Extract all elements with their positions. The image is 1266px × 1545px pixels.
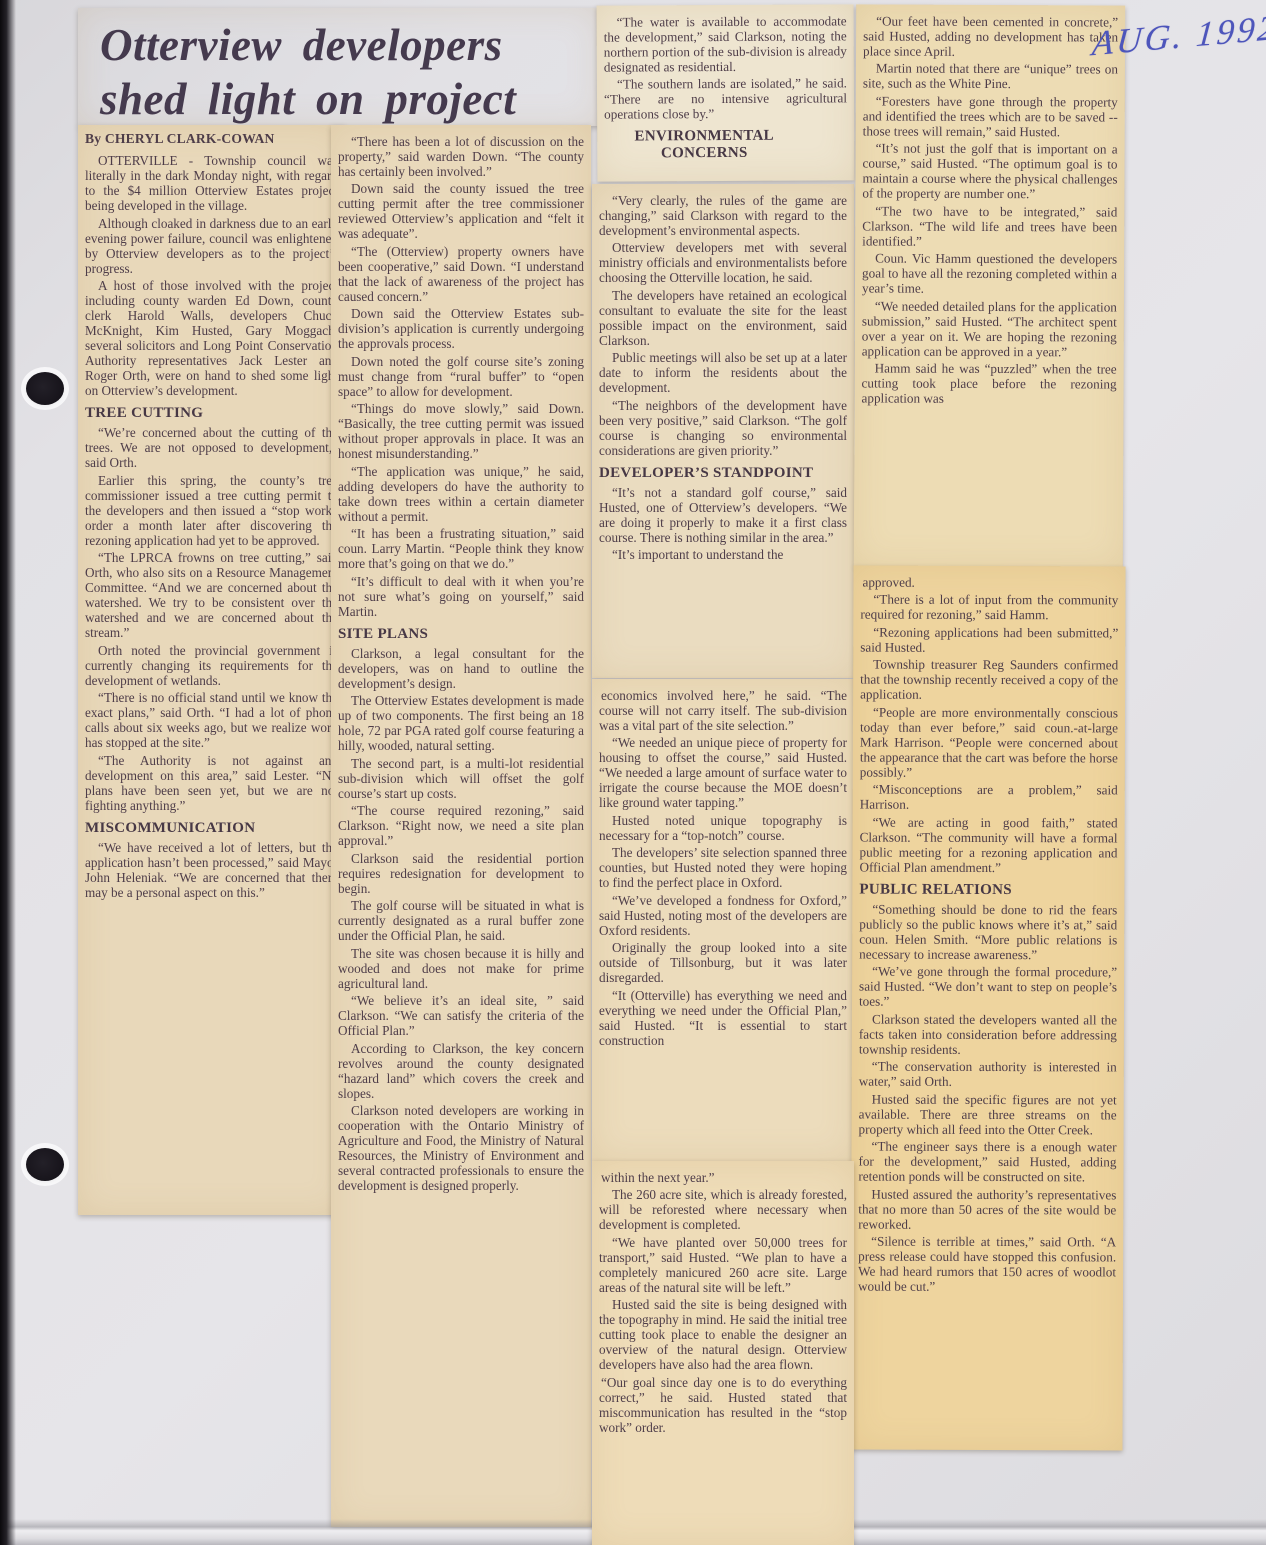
binder-page-edge — [0, 0, 16, 1545]
article-paragraph: “The (Otterview) property owners have be… — [338, 244, 584, 304]
article-paragraph: The golf course will be situated in what… — [338, 898, 584, 943]
section-heading: ENVIRONMENTAL CONCERNS — [606, 128, 802, 163]
article-paragraph: OTTERVILLE - Township council was litera… — [85, 153, 338, 213]
newspaper-clipping-column-4-top: “Our feet have been cemented in concrete… — [854, 4, 1125, 567]
scanned-page: { "annotation": { "date": "AUG. 1992" },… — [0, 0, 1266, 1545]
article-paragraph: A host of those involved with the projec… — [85, 278, 338, 398]
article-paragraph: “We needed detailed plans for the applic… — [862, 298, 1117, 359]
article-paragraph: “The LPRCA frowns on tree cutting,” said… — [85, 550, 338, 640]
punch-hole-top — [26, 372, 64, 405]
article-paragraph: “Rezoning applications had been submitte… — [860, 624, 1118, 655]
article-paragraph: The 260 acre site, which is already fore… — [599, 1187, 847, 1232]
article-paragraph: “Our feet have been cemented in concrete… — [863, 13, 1118, 59]
punch-hole-bottom — [26, 1148, 64, 1181]
article-paragraph: Clarkson stated the developers wanted al… — [859, 1011, 1117, 1057]
newspaper-clipping-column-3-upper: “Very clearly, the rules of the game are… — [592, 184, 854, 678]
article-paragraph: Husted noted unique topography is necess… — [599, 813, 847, 843]
newspaper-clipping-column-4-bottom: approved.“There is a lot of input from t… — [850, 566, 1125, 1451]
article-paragraph: Clarkson noted developers are working in… — [338, 1103, 584, 1193]
article-paragraph: The second part, is a multi-lot resident… — [338, 756, 584, 801]
article-paragraph: “It’s important to understand the — [599, 547, 847, 562]
article-paragraph: “We’ve gone through the formal procedure… — [859, 964, 1117, 1010]
newspaper-clipping-column-3-bottom: within the next year.”The 260 acre site,… — [592, 1161, 854, 1545]
article-paragraph: “The Authority is not against any develo… — [85, 753, 338, 813]
article-paragraph: “It has been a frustrating situation,” s… — [338, 526, 584, 571]
article-paragraph: “The neighbors of the development have b… — [599, 398, 847, 458]
article-paragraph: “Things do move slowly,” said Down. “Bas… — [338, 401, 584, 461]
article-paragraph: Down said the county issued the tree cut… — [338, 181, 584, 241]
article-paragraph: “People are more environmentally conscio… — [860, 704, 1118, 780]
article-paragraph: “There is no official stand until we kno… — [85, 690, 338, 750]
article-paragraph: “There has been a lot of discussion on t… — [338, 134, 584, 179]
headline-line-1: Otterview developers — [100, 20, 503, 70]
newspaper-clipping-column-3-top: “The water is available to accommodate t… — [597, 4, 855, 181]
newspaper-clipping-column-3-lower: economics involved here,” he said. “The … — [592, 679, 854, 1161]
article-paragraph: Husted said the site is being designed w… — [599, 1297, 847, 1372]
article-paragraph: “We’ve developed a fondness for Oxford,”… — [599, 893, 847, 938]
section-heading: MISCOMMUNICATION — [85, 820, 338, 837]
article-paragraph: The site was chosen because it is hilly … — [338, 946, 584, 991]
article-paragraph: within the next year.” — [599, 1170, 847, 1185]
section-heading: TREE CUTTING — [85, 405, 338, 422]
article-paragraph: “It’s not a standard golf course,” said … — [599, 485, 847, 545]
article-paragraph: Coun. Vic Hamm questioned the developers… — [862, 250, 1117, 296]
article-paragraph: The developers’ site selection spanned t… — [599, 845, 847, 890]
article-paragraph: Township treasurer Reg Saunders confirme… — [860, 657, 1118, 703]
article-paragraph: “The southern lands are isolated,” he sa… — [604, 75, 847, 121]
article-paragraph: “Silence is terrible at times,” said Ort… — [858, 1234, 1116, 1295]
article-paragraph: “Foresters have gone through the propert… — [863, 93, 1118, 139]
article-paragraph: “The application was unique,” he said, a… — [338, 464, 584, 524]
article-paragraph: Originally the group looked into a site … — [599, 940, 847, 985]
article-paragraph: “We needed an unique piece of property f… — [599, 735, 847, 810]
article-paragraph: Otterview developers met with several mi… — [599, 240, 847, 285]
article-paragraph: The developers have retained an ecologic… — [599, 288, 847, 348]
article-paragraph: Down said the Otterview Estates sub-divi… — [338, 306, 584, 351]
article-paragraph: “We have planted over 50,000 trees for t… — [599, 1235, 847, 1295]
article-paragraph: Earlier this spring, the county’s tree c… — [85, 473, 338, 548]
headline-line-2: shed light on project — [100, 74, 516, 124]
article-paragraph: “Our goal since day one is to do everyth… — [599, 1375, 847, 1435]
article-paragraph: Husted said the specific figures are not… — [859, 1091, 1117, 1137]
article-paragraph: “The conservation authority is intereste… — [859, 1059, 1117, 1090]
article-paragraph: “We believe it’s an ideal site, ” said C… — [338, 993, 584, 1038]
article-paragraph: Public meetings will also be set up at a… — [599, 350, 847, 395]
article-paragraph: Although cloaked in darkness due to an e… — [85, 216, 338, 276]
article-paragraph: “Something should be done to rid the fea… — [859, 901, 1117, 962]
article-paragraph: “There is a lot of input from the commun… — [860, 592, 1118, 623]
section-heading: DEVELOPER’S STANDPOINT — [599, 465, 847, 482]
article-paragraph: “Misconceptions are a problem,” said Har… — [860, 782, 1118, 813]
article-paragraph: approved. — [860, 574, 1118, 590]
newspaper-clipping-headline: Otterview developers shed light on proje… — [78, 8, 599, 126]
article-paragraph: Orth noted the provincial government is … — [85, 643, 338, 688]
article-paragraph: Martin noted that there are “unique” tre… — [863, 60, 1118, 91]
article-paragraph: Clarkson, a legal consultant for the dev… — [338, 646, 584, 691]
article-paragraph: “We’re concerned about the cutting of th… — [85, 425, 338, 470]
article-paragraph: economics involved here,” he said. “The … — [599, 688, 847, 733]
article-paragraph: The Otterview Estates development is mad… — [338, 693, 584, 753]
article-paragraph: “The two have to be integrated,” said Cl… — [862, 203, 1117, 249]
article-paragraph: “The water is available to accommodate t… — [604, 13, 847, 74]
byline: By CHERYL CLARK-COWAN — [85, 131, 338, 146]
article-paragraph: “The engineer says there is a enough wat… — [858, 1139, 1116, 1185]
article-paragraph: “It (Otterville) has everything we need … — [599, 988, 847, 1048]
article-paragraph: Down noted the golf course site’s zoning… — [338, 354, 584, 399]
newspaper-clipping-column-2: “There has been a lot of discussion on t… — [331, 125, 591, 1527]
article-paragraph: “Very clearly, the rules of the game are… — [599, 193, 847, 238]
article-paragraph: Hamm said he was “puzzled” when the tree… — [861, 360, 1116, 406]
newspaper-clipping-column-1: By CHERYL CLARK-COWANOTTERVILLE - Townsh… — [78, 125, 345, 1215]
article-paragraph: “We have received a lot of letters, but … — [85, 840, 338, 900]
article-headline: Otterview developers shed light on proje… — [100, 18, 599, 126]
article-paragraph: “It’s difficult to deal with it when you… — [338, 574, 584, 619]
article-paragraph: Clarkson said the residential portion re… — [338, 851, 584, 896]
article-paragraph: “We are acting in good faith,” stated Cl… — [859, 814, 1117, 875]
article-paragraph: “It’s not just the golf that is importan… — [862, 140, 1117, 201]
section-heading: PUBLIC RELATIONS — [859, 881, 1117, 899]
article-paragraph: Husted assured the authority’s represent… — [858, 1186, 1116, 1232]
article-paragraph: “The course required rezoning,” said Cla… — [338, 803, 584, 848]
article-paragraph: According to Clarkson, the key concern r… — [338, 1041, 584, 1101]
section-heading: SITE PLANS — [338, 626, 584, 643]
